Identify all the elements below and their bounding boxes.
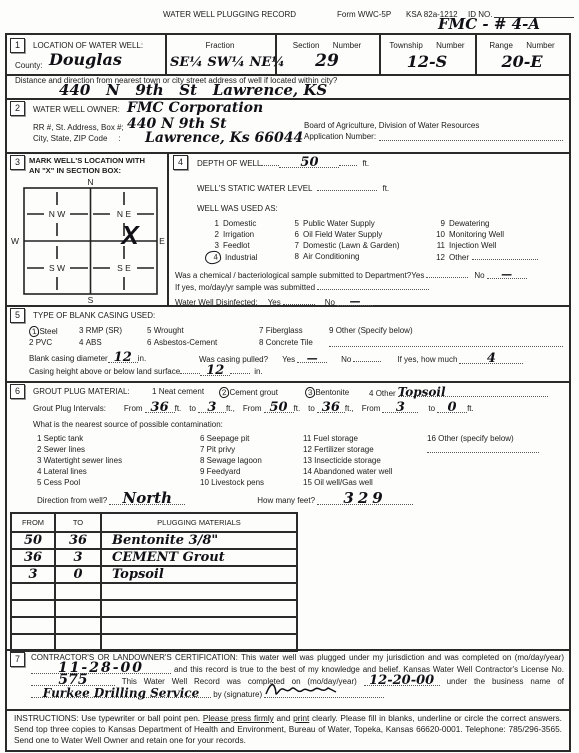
diameter-field: 12 <box>108 353 138 363</box>
signature-scribble <box>264 682 338 697</box>
use-label: Domestic (Lawn & Garden) <box>303 241 399 250</box>
use-number: 1 <box>209 218 219 229</box>
compass-east-label: E <box>159 236 165 246</box>
contamination-item: 1 Septic tank <box>37 433 122 444</box>
agency-name: Board of Agriculture, Division of Water … <box>304 121 479 130</box>
section-2-owner: 2 WATER WELL OWNER: FMC Corporation RR #… <box>7 98 569 154</box>
diameter-label: Blank casing diameter <box>29 354 108 363</box>
how-much-value: 4 <box>487 352 496 365</box>
sample-date-row: If yes, mo/day/yr sample was submitted <box>175 281 429 292</box>
application-number-label: Application Number: <box>304 132 376 141</box>
to-label: to <box>428 404 435 413</box>
use-number: 3 <box>209 240 219 251</box>
ft-unit: ft. <box>382 184 389 193</box>
section-7-certification: 7 CONTRACTOR'S OR LANDOWNER'S CERTIFICAT… <box>7 649 569 711</box>
quadrant-sw-label: S W <box>49 263 65 273</box>
section-1-location: 1 LOCATION OF WATER WELL: County: Dougla… <box>7 35 569 76</box>
in-unit: in. <box>254 367 262 376</box>
contamination-item: 6 Seepage pit <box>200 433 264 444</box>
grout-option: 2Cement grout <box>219 387 278 398</box>
no-field: — <box>487 269 527 279</box>
how-much-field: 4 <box>459 354 523 364</box>
no-checked-mark: — <box>501 269 512 280</box>
use-label: Air Conditioning <box>303 252 359 261</box>
table-row: 50 36 Bentonite 3/8" <box>11 532 297 549</box>
use-label: Injection Well <box>449 241 496 250</box>
range-label: Range Number <box>475 41 569 50</box>
contamination-item: 11 Fuel storage <box>303 433 392 444</box>
depth-field: 50 <box>279 158 339 168</box>
signature-field <box>264 688 384 698</box>
col-header-to: TO <box>55 513 101 532</box>
record-date-value: 12-20-00 <box>369 674 434 687</box>
id-number-value: FMC - # 4-A <box>438 17 540 32</box>
section-5-casing: 5 TYPE OF BLANK CASING USED: 1Steel 3 RM… <box>7 305 569 383</box>
record-date-field: 12-20-00 <box>364 676 440 686</box>
use-label: Monitoring Well <box>449 230 504 239</box>
contamination-item: 8 Sewage lagoon <box>200 455 264 466</box>
to-value: 3 <box>73 550 82 565</box>
direction-label: Direction from well? <box>37 496 107 505</box>
use-number: 11 <box>435 240 445 251</box>
option-number: 9 <box>329 326 333 335</box>
option-label: PVC <box>36 338 52 347</box>
plugging-materials-table: FROM TO PLUGGING MATERIALS 50 36 Bentoni… <box>10 512 298 652</box>
instructions-text: INSTRUCTIONS: Use typewriter or ball poi… <box>14 713 203 723</box>
use-number-circled: 4 <box>204 250 221 265</box>
use-number: 10 <box>435 229 445 240</box>
casing-option: 3 RMP (SR) <box>79 326 122 335</box>
option-label: Asbestos-Cement <box>154 338 218 347</box>
uses-column-2: 5Public Water Supply 6Oil Field Water Su… <box>289 218 399 262</box>
contamination-item: 3 Watertight sewer lines <box>37 455 122 466</box>
material-value: CEMENT Grout <box>112 550 225 565</box>
casing-diameter-row: Blank casing diameter 12 in. <box>29 353 146 363</box>
intervals-label: Grout Plug Intervals: <box>33 404 106 413</box>
mark-location-title-2: AN "X" IN SECTION BOX: <box>29 166 121 175</box>
option-number: 6 <box>147 338 151 347</box>
owner-value: FMC Corporation <box>127 101 263 115</box>
from-label: From <box>243 404 262 413</box>
use-number: 6 <box>289 229 299 240</box>
option-number: 7 <box>259 326 263 335</box>
quadrant-ne-label: N E <box>117 209 132 219</box>
dotted-leader <box>230 365 250 374</box>
to-label: to <box>308 404 315 413</box>
casing-option: 8 Concrete Tile <box>259 338 313 347</box>
interval-from-field: 3 <box>382 403 418 413</box>
interval-to-field: 36 <box>317 403 345 413</box>
instructions-box: INSTRUCTIONS: Use typewriter or ball poi… <box>7 709 569 750</box>
interval-from-field: 50 <box>264 403 294 413</box>
compass-south-label: S <box>88 295 94 304</box>
contamination-item: 13 Insecticide storage <box>303 455 392 466</box>
quadrant-se-label: S E <box>117 263 131 273</box>
application-number-line <box>379 132 563 141</box>
option-label: Wrought <box>154 326 184 335</box>
other-grout-value: Topsoil <box>398 386 446 398</box>
yes-checked-mark: — <box>307 353 318 364</box>
interval-to-value: 3 <box>207 401 216 414</box>
material-value: Topsoil <box>112 567 164 582</box>
from-value: 50 <box>24 533 42 548</box>
contamination-item: 16 Other (specify below) <box>427 433 539 444</box>
use-number: 7 <box>289 240 299 251</box>
feet-value: 329 <box>343 491 386 506</box>
contamination-item: 2 Sewer lines <box>37 444 122 455</box>
compass-north-label: N <box>87 178 93 187</box>
city-state-zip-value: Lawrence, Ks 66044 <box>145 131 303 145</box>
completed-date-field: 11-28-00 <box>31 664 171 674</box>
owner-label: WATER WELL OWNER: <box>33 105 120 114</box>
water-well-plugging-record-form: WATER WELL PLUGGING RECORD Form WWC-5P K… <box>0 0 579 753</box>
section-box-diagram: N S W E N W N E S W S E X <box>9 178 167 304</box>
fraction-value: SE¼ SW¼ NE¼ <box>170 56 285 69</box>
range-value: 20-E <box>475 54 569 70</box>
casing-option: 7 Fiberglass <box>259 326 303 335</box>
height-label: Casing height above or below land surfac… <box>29 367 180 376</box>
county-value: Douglas <box>49 52 122 68</box>
interval-from-value: 3 <box>396 401 405 414</box>
casing-option: 2 PVC <box>29 338 52 347</box>
option-label: Concrete Tile <box>266 338 313 347</box>
interval-to-field: 0 <box>437 403 467 413</box>
compass-west-label: W <box>11 236 19 246</box>
to-value: 0 <box>73 567 82 582</box>
use-label: Irrigation <box>223 230 254 239</box>
casing-height-row: Casing height above or below land surfac… <box>29 365 263 376</box>
interval-to-value: 36 <box>322 401 340 414</box>
height-field: 12 <box>200 366 230 376</box>
contamination-label: What is the nearest source of possible c… <box>33 420 223 429</box>
other-use-line <box>472 251 538 260</box>
contamination-column-3: 11 Fuel storage 12 Fertilizer storage 13… <box>303 433 392 488</box>
instructions-underlined-1: Please press firmly <box>203 713 274 723</box>
section-1-title: LOCATION OF WATER WELL: <box>33 41 143 50</box>
option-number: 3 <box>79 326 83 335</box>
static-level-label: WELL'S STATIC WATER LEVEL <box>197 184 312 193</box>
section-number-badge: 3 <box>10 155 25 170</box>
no-label: No <box>474 271 484 280</box>
contamination-item: 9 Feedyard <box>200 466 264 477</box>
depth-of-well-row: DEPTH OF WELL 50 ft. <box>197 157 369 168</box>
material-value: Bentonite 3/8" <box>112 533 218 548</box>
yes-field <box>426 269 468 278</box>
dotted-leader <box>180 365 200 374</box>
other-contamination-line <box>427 444 539 453</box>
uses-column-1: 1Domestic 2Irrigation 3Feedlot 4Industri… <box>209 218 257 264</box>
address-value: 440 N 9th St <box>127 117 227 131</box>
ft-unit: ft. <box>467 404 474 413</box>
to-label: to <box>189 404 196 413</box>
use-label: Oil Field Water Supply <box>303 230 382 239</box>
ft-unit: ft. <box>362 159 369 168</box>
instructions-text: and <box>274 713 293 723</box>
interval-from-field: 36 <box>145 403 175 413</box>
dotted-leader <box>339 157 357 166</box>
diameter-value: 12 <box>114 351 132 364</box>
section-number-badge: 5 <box>10 308 25 323</box>
form-body: 1 LOCATION OF WATER WELL: County: Dougla… <box>5 33 571 752</box>
fraction-label: Fraction <box>165 41 275 50</box>
feet-field: 329 <box>317 495 413 505</box>
table-row: 3 0 Topsoil <box>11 566 297 583</box>
direction-field: North <box>109 495 185 505</box>
business-name-value: Furkee Drilling Service <box>43 687 199 699</box>
certification-text: CONTRACTOR'S OR LANDOWNER'S CERTIFICATIO… <box>31 652 564 701</box>
table-row <box>11 600 297 617</box>
option-label: Steel <box>39 327 57 336</box>
interval-from-value: 50 <box>269 401 287 414</box>
from-value: 3 <box>28 567 37 582</box>
casing-option: 1Steel <box>29 326 58 337</box>
col-header-materials: PLUGGING MATERIALS <box>101 513 297 532</box>
section-number-label: Section Number <box>275 41 379 50</box>
business-name-label: under the business name of <box>447 677 564 686</box>
other-casing-line <box>329 338 563 347</box>
grout-option: 1 Neat cement <box>152 387 204 396</box>
casing-option: 5 Wrought <box>147 326 184 335</box>
distance-value: 440 N 9th St Lawrence, KS <box>59 83 327 98</box>
grout-title: GROUT PLUG MATERIAL: <box>33 387 130 396</box>
instructions-underlined-2: print <box>293 713 309 723</box>
ft-unit: ft. <box>294 404 301 413</box>
use-number: 8 <box>289 251 299 262</box>
section-number-badge: 7 <box>10 652 25 667</box>
from-label: From <box>362 404 381 413</box>
use-number: 2 <box>209 229 219 240</box>
section-3-4: 3 MARK WELL'S LOCATION WITH AN "X" IN SE… <box>7 152 569 307</box>
use-number: 5 <box>289 218 299 229</box>
grout-option: 3Bentonite <box>305 387 349 398</box>
well-used-as-label: WELL WAS USED AS: <box>197 204 278 213</box>
other-grout-field: Topsoil <box>398 387 548 397</box>
section-number-badge: 2 <box>10 101 25 116</box>
option-number: 1 <box>152 387 156 396</box>
static-level-field <box>317 182 377 191</box>
contamination-column-2: 6 Seepage pit 7 Pit privy 8 Sewage lagoo… <box>200 433 264 488</box>
chemical-sample-row: Was a chemical / bacteriological sample … <box>175 269 527 280</box>
from-label: From <box>124 404 143 413</box>
yes-label: Yes <box>282 355 295 364</box>
to-value: 36 <box>69 533 87 548</box>
yes-field <box>283 296 315 305</box>
section-number-badge: 6 <box>10 384 25 399</box>
use-label: Domestic <box>223 219 256 228</box>
option-label: Other (Specify below) <box>336 326 413 335</box>
quadrant-nw-label: N W <box>49 209 66 219</box>
sample-date-field <box>317 281 429 290</box>
certification-text-1: This water well was plugged under my jur… <box>241 653 564 662</box>
divider <box>167 152 169 305</box>
well-location-x-mark: X <box>119 220 140 250</box>
height-value: 12 <box>206 364 224 377</box>
section-1-distance-row: Distance and direction from nearest town… <box>7 74 569 100</box>
township-label: Township Number <box>379 41 475 50</box>
ft-unit: ft. <box>175 404 182 413</box>
license-value: 575 <box>58 673 87 687</box>
ft-unit: ft., <box>345 404 354 413</box>
signature-label: by (signature) <box>213 690 262 699</box>
table-header-row: FROM TO PLUGGING MATERIALS <box>11 513 297 532</box>
contamination-item: 4 Lateral lines <box>37 466 122 477</box>
depth-label: DEPTH OF WELL <box>197 159 261 168</box>
casing-option: 4 ABS <box>79 338 102 347</box>
no-field <box>353 353 381 362</box>
dotted-leader <box>261 157 279 166</box>
table-row <box>11 583 297 600</box>
option-label: ABS <box>86 338 102 347</box>
casing-title: TYPE OF BLANK CASING USED: <box>33 311 155 320</box>
option-label: Fiberglass <box>266 326 303 335</box>
county-label: County: <box>15 61 43 70</box>
option-label: Cement grout <box>229 388 277 397</box>
section-number-badge: 1 <box>10 38 25 53</box>
use-label: Other <box>449 253 469 262</box>
no-label: No <box>341 355 351 364</box>
use-number: 12 <box>435 252 445 263</box>
table-row <box>11 617 297 634</box>
contamination-item: 10 Livestock pens <box>200 477 264 488</box>
contamination-item: 15 Oil well/Gas well <box>303 477 392 488</box>
how-much-label: If yes, how much <box>397 355 457 364</box>
contamination-column-4: 16 Other (specify below) <box>427 433 539 456</box>
table-row: 36 3 CEMENT Grout <box>11 549 297 566</box>
contamination-item: 14 Abandoned water well <box>303 466 392 477</box>
interval-from-value: 36 <box>151 401 169 414</box>
interval-to-field: 3 <box>198 403 226 413</box>
license-field: 575 <box>31 676 115 686</box>
contamination-item: 12 Fertilizer storage <box>303 444 392 455</box>
static-water-level-row: WELL'S STATIC WATER LEVEL ft. <box>197 182 389 193</box>
grout-intervals-row: Grout Plug Intervals: From 36 ft. to 3 f… <box>33 403 474 413</box>
interval-to-value: 0 <box>448 401 457 414</box>
ft-unit: ft., <box>226 404 235 413</box>
option-label: Bentonite <box>315 388 349 397</box>
depth-value: 50 <box>300 156 318 169</box>
yes-field: — <box>297 353 327 363</box>
option-number: 5 <box>147 326 151 335</box>
contamination-item: 5 Cess Pool <box>37 477 122 488</box>
township-value: 12-S <box>379 54 475 70</box>
option-label: Other <box>376 389 396 398</box>
from-value: 36 <box>24 550 42 565</box>
city-state-zip-label: City, State, ZIP Code : <box>33 134 121 143</box>
form-title: WATER WELL PLUGGING RECORD <box>163 10 296 19</box>
in-unit: in. <box>138 354 146 363</box>
option-number: 2 <box>29 338 33 347</box>
address-label: RR #, St. Address, Box #; <box>33 123 124 132</box>
yes-label: Yes <box>411 271 424 280</box>
section-6-grout: 6 GROUT PLUG MATERIAL: 1 Neat cement 2Ce… <box>7 381 569 651</box>
option-number: 4 <box>369 389 373 398</box>
use-label: Feedlot <box>223 241 250 250</box>
option-number: 4 <box>79 338 83 347</box>
option-label: Neat cement <box>159 387 204 396</box>
direction-distance-row: Direction from well? North How many feet… <box>37 495 413 505</box>
feet-label: How many feet? <box>257 496 315 505</box>
section-number-badge: 4 <box>173 155 188 170</box>
contamination-item: 7 Pit privy <box>200 444 264 455</box>
mark-location-title-1: MARK WELL'S LOCATION WITH <box>29 156 145 165</box>
use-number: 9 <box>435 218 445 229</box>
option-label: RMP (SR) <box>86 326 122 335</box>
business-name-field: Furkee Drilling Service <box>31 688 211 698</box>
col-header-from: FROM <box>11 513 55 532</box>
grout-option-other: 4 OtherTopsoil <box>369 387 548 398</box>
if-yes-label: If yes, mo/day/yr sample was submitted <box>175 283 315 292</box>
direction-value: North <box>123 491 172 506</box>
uses-column-3: 9Dewatering 10Monitoring Well 11Injectio… <box>435 218 538 263</box>
section-number-value: 29 <box>275 53 379 70</box>
form-number: Form WWC-5P <box>337 10 391 19</box>
option-number: 8 <box>259 338 263 347</box>
casing-pulled-row: Was casing pulled? Yes — No If yes, how … <box>199 353 523 364</box>
use-label: Public Water Supply <box>303 219 375 228</box>
use-label: Industrial <box>225 253 257 262</box>
contamination-column-1: 1 Septic tank 2 Sewer lines 3 Watertight… <box>37 433 122 488</box>
use-label: Dewatering <box>449 219 489 228</box>
chemical-sample-question: Was a chemical / bacteriological sample … <box>175 271 411 280</box>
casing-option: 9 Other (Specify below) <box>329 326 413 335</box>
casing-option: 6 Asbestos-Cement <box>147 338 217 347</box>
